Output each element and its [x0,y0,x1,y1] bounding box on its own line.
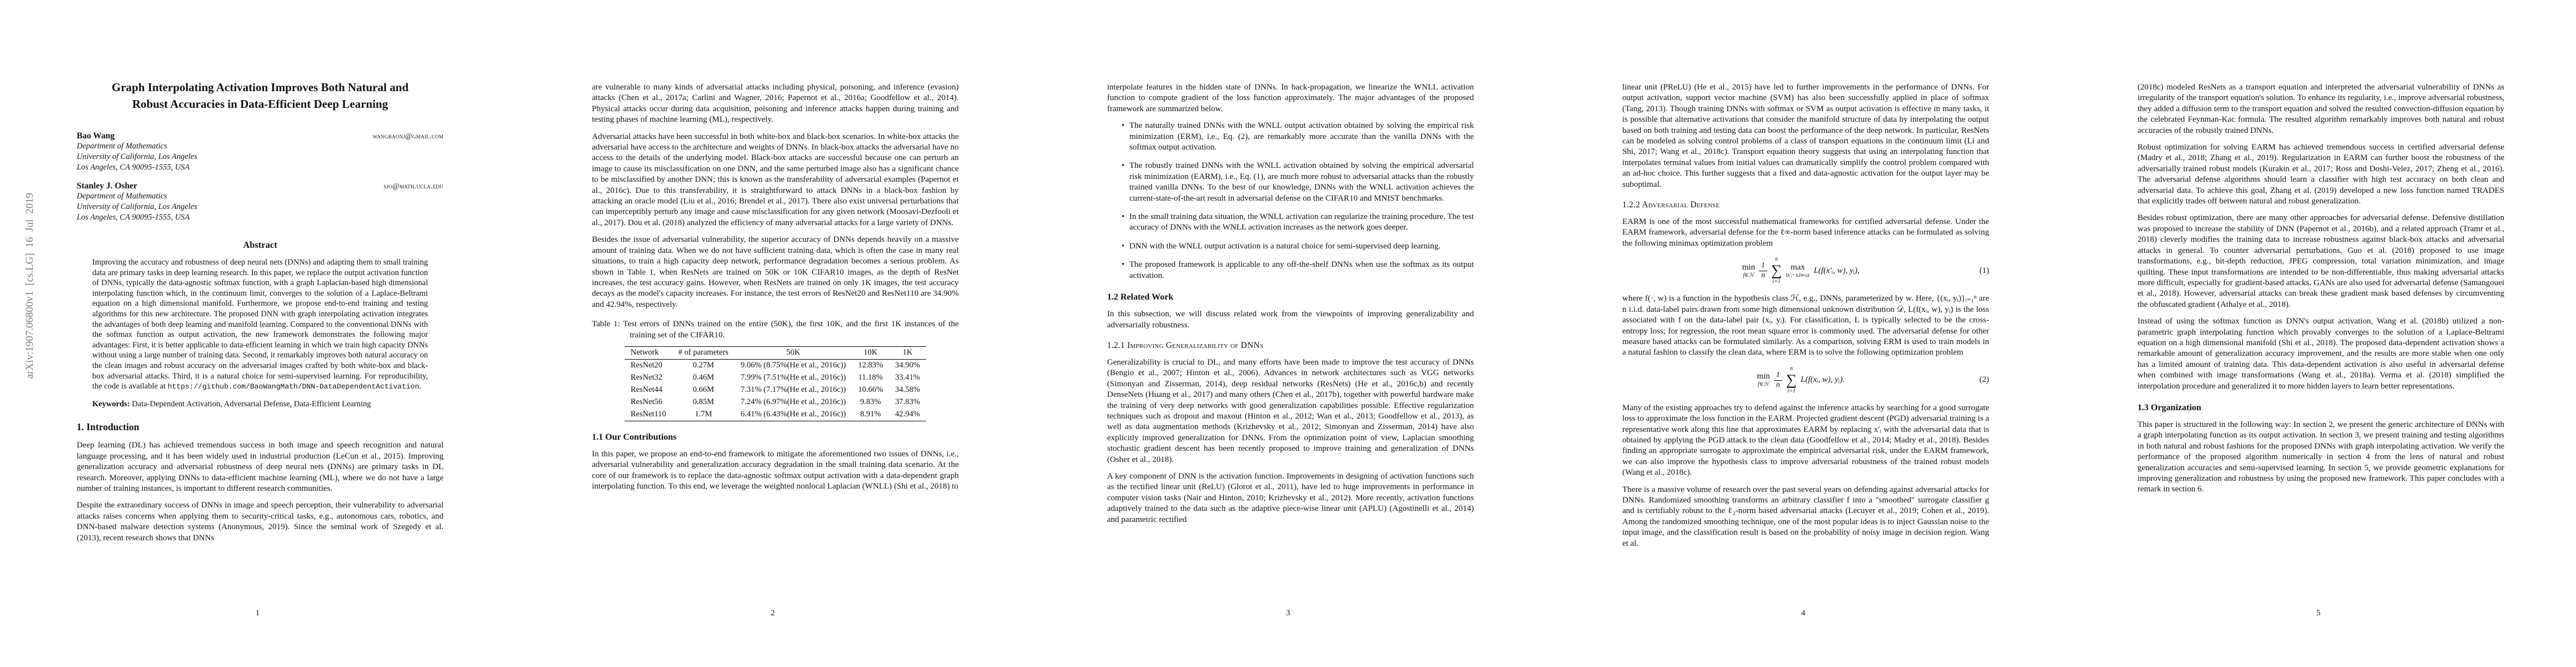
table-row: ResNet110 1.7M 6.41% (6.43%(He et al., 2… [625,409,926,421]
table-cell: ResNet110 [625,409,672,421]
paper-title-line2: Robust Accuracies in Data-Efficient Deep… [132,97,388,111]
table-cell: 8.91% [852,409,889,421]
page-number: 1 [0,609,515,618]
table-1-caption-text: Test errors of DNNs trained on the entir… [620,320,959,339]
bullet-icon: • [1122,161,1124,171]
paper-title-line1: Graph Interpolating Activation Improves … [112,81,408,94]
paragraph: Deep learning (DL) has achieved tremendo… [77,440,444,494]
author-1-affiliation-line: Los Angeles, CA 90095-1555, USA [77,162,444,173]
page-5: (2018c) modeled ResNets as a transport e… [2061,0,2576,667]
table-cell: 12.83% [852,359,889,372]
section-heading-introduction: 1. Introduction [77,421,444,433]
table-header-cell: 10K [852,346,889,359]
min-operator: min f∈ℋ [1742,263,1755,278]
table-cell: 10.66% [852,384,889,396]
table-cell: 1.7M [672,409,735,421]
paragraph: linear unit (PReLU) (He et al., 2015) ha… [1622,82,1989,190]
table-header-row: Network # of parameters 50K 10K 1K [625,346,926,359]
paragraph: In this subsection, we will discuss rela… [1107,309,1474,331]
table-cell: 7.99% (7.51%(He et al., 2016c)) [735,372,852,384]
table-1-caption-label: Table 1: [592,320,620,328]
table-cell: 34.90% [889,359,926,372]
list-item: •In the small training data situation, t… [1122,212,1474,233]
table-cell: 7.31% (7.17%(He et al., 2016c)) [735,384,852,396]
contribution-list: •The naturally trained DNNs with the WNL… [1107,121,1474,281]
paragraph: Besides robust optimization, there are m… [2137,213,2504,310]
list-item-text: The robustly trained DNNs with the WNLL … [1129,161,1474,202]
table-cell: 42.94% [889,409,926,421]
table-cell: ResNet44 [625,384,672,396]
table-cell: ResNet32 [625,372,672,384]
page-3: interpolate features in the hidden state… [1030,0,1546,667]
summation-symbol: n ∑ i=1 [1771,257,1782,285]
max-operator: max ‖x′ᵢ−xᵢ‖∞≤ε [1786,263,1810,278]
list-item-text: DNN with the WNLL output activation is a… [1129,242,1441,251]
author-2: Stanley J. Osher sjo@math.ucla.edu Depar… [77,181,444,223]
bullet-icon: • [1122,241,1124,252]
github-link[interactable]: https://github.com/BaoWangMath/DNN-DataD… [168,382,419,391]
author-2-affiliation-line: Department of Mathematics [77,191,444,202]
table-cell: 9.06% (8.75%(He et al., 2016c)) [735,359,852,372]
paragraph: This paper is structured in the followin… [2137,420,2504,495]
paragraph: Many of the existing approaches try to d… [1622,403,1989,479]
equation-2: min f∈ℋ 1 n n ∑ i=1 L(f(xᵢ, w), yᵢ). (2) [1622,366,1989,394]
bullet-icon: • [1122,212,1124,222]
paragraph: There is a massive volume of research ov… [1622,485,1989,549]
paragraph: are vulnerable to many kinds of adversar… [592,82,959,126]
page-number: 2 [515,609,1030,618]
list-item-text: The proposed framework is applicable to … [1129,260,1474,280]
page-number: 4 [1546,609,2061,618]
keywords-text: Data-Dependent Activation, Adversarial D… [130,400,371,409]
section-heading-organization: 1.3 Organization [2137,403,2504,413]
arxiv-watermark: arXiv:1907.06800v1 [cs.LG] 16 Jul 2019 [24,180,37,391]
table-header-cell: 50K [735,346,852,359]
page-2: are vulnerable to many kinds of adversar… [515,0,1030,667]
paragraph: Robust optimization for solving EARM has… [2137,142,2504,207]
summation-symbol: n ∑ i=1 [1786,366,1797,394]
page-4: linear unit (PReLU) (He et al., 2015) ha… [1546,0,2061,667]
author-1-affiliation-line: Department of Mathematics [77,141,444,152]
author-2-affiliation-line: Los Angeles, CA 90095-1555, USA [77,212,444,223]
equation-1-expression: L(f(x′ᵢ, w), yᵢ), [1813,266,1860,276]
equation-1: min f∈ℋ 1 n n ∑ i=1 max ‖x′ᵢ−xᵢ‖∞≤ε [1622,257,1989,285]
table-cell: 33.41% [889,372,926,384]
table-cell: 37.83% [889,396,926,409]
paragraph: A key component of DNN is the activation… [1107,471,1474,525]
abstract-heading: Abstract [77,240,444,251]
keywords-label: Keywords: [92,400,130,409]
author-2-name: Stanley J. Osher [77,181,137,191]
author-2-affiliation-line: University of California, Los Angeles [77,202,444,212]
section-heading-improving-generalizability: 1.2.1 Improving Generalizability of DNNs [1107,341,1474,351]
list-item-text: In the small training data situation, th… [1129,212,1474,232]
author-1-affiliation-line: University of California, Los Angeles [77,152,444,162]
paper-title: Graph Interpolating Activation Improves … [77,79,444,112]
author-2-email[interactable]: sjo@math.ucla.edu [383,182,444,191]
keywords-line: Keywords: Data-Dependent Activation, Adv… [92,399,428,410]
table-row: ResNet56 0.85M 7.24% (6.97%(He et al., 2… [625,396,926,409]
equation-1-number: (1) [1980,266,1990,276]
table-cell: 11.18% [852,372,889,384]
table-cell: 0.27M [672,359,735,372]
table-cell: 7.24% (6.97%(He et al., 2016c)) [735,396,852,409]
table-cell: 9.83% [852,396,889,409]
section-heading-contributions: 1.1 Our Contributions [592,432,959,442]
abstract-paragraph: Improving the accuracy and robustness of… [92,258,428,391]
paragraph: In this paper, we propose an end-to-end … [592,449,959,492]
page-1: arXiv:1907.06800v1 [cs.LG] 16 Jul 2019 G… [0,0,515,667]
paper-canvas: arXiv:1907.06800v1 [cs.LG] 16 Jul 2019 G… [0,0,2576,667]
paragraph: Generalizability is crucial to DL, and m… [1107,357,1474,465]
paragraph: Despite the extraordinary success of DNN… [77,500,444,544]
equation-2-expression: L(f(xᵢ, w), yᵢ). [1801,375,1845,385]
author-1-name: Bao Wang [77,131,114,141]
paragraph: Instead of using the softmax function as… [2137,316,2504,392]
section-heading-related-work: 1.2 Related Work [1107,292,1474,302]
table-cell: 0.46M [672,372,735,384]
table-header-cell: # of parameters [672,346,735,359]
paragraph: Besides the issue of adversarial vulnera… [592,235,959,310]
table-cell: ResNet20 [625,359,672,372]
table-cell: 34.58% [889,384,926,396]
list-item: •The naturally trained DNNs with the WNL… [1122,121,1474,153]
page-number: 3 [1030,609,1546,618]
table-cell: 0.85M [672,396,735,409]
table-cell: 0.66M [672,384,735,396]
author-1: Bao Wang wangbaonj@gmail.com Department … [77,131,444,173]
paragraph: where f(·, w) is a function in the hypot… [1622,293,1989,358]
table-row: ResNet20 0.27M 9.06% (8.75%(He et al., 2… [625,359,926,372]
table-1-caption: Table 1: Test errors of DNNs trained on … [592,319,959,341]
page-number: 5 [2061,609,2576,618]
author-1-email[interactable]: wangbaonj@gmail.com [372,132,444,141]
min-operator: min f∈ℋ [1757,372,1770,387]
paragraph: Adversarial attacks have been successful… [592,132,959,229]
section-heading-adversarial-defense: 1.2.2 Adversarial Defense [1622,200,1989,210]
table-cell: ResNet56 [625,396,672,409]
abstract-text: Improving the accuracy and robustness of… [92,257,428,392]
table-cell: 6.41% (6.43%(He et al., 2016c)) [735,409,852,421]
abstract-period: . [419,382,421,391]
list-item: •The robustly trained DNNs with the WNLL… [1122,161,1474,204]
bullet-icon: • [1122,121,1124,131]
fraction-one-over-n: 1 n [1774,371,1782,390]
table-1: Network # of parameters 50K 10K 1K ResNe… [625,346,926,421]
table-row: ResNet44 0.66M 7.31% (7.17%(He et al., 2… [625,384,926,396]
paragraph: (2018c) modeled ResNets as a transport e… [2137,82,2504,136]
fraction-one-over-n: 1 n [1759,261,1767,280]
bullet-icon: • [1122,260,1124,270]
table-row: ResNet32 0.46M 7.99% (7.51%(He et al., 2… [625,372,926,384]
paragraph: interpolate features in the hidden state… [1107,82,1474,115]
list-item: •DNN with the WNLL output activation is … [1122,241,1474,252]
list-item: •The proposed framework is applicable to… [1122,260,1474,281]
list-item-text: The naturally trained DNNs with the WNLL… [1129,121,1474,152]
table-header-cell: 1K [889,346,926,359]
table-header-cell: Network [625,346,672,359]
equation-2-number: (2) [1980,375,1990,385]
authors-block: Bao Wang wangbaonj@gmail.com Department … [77,131,444,223]
paragraph: EARM is one of the most successful mathe… [1622,217,1989,249]
